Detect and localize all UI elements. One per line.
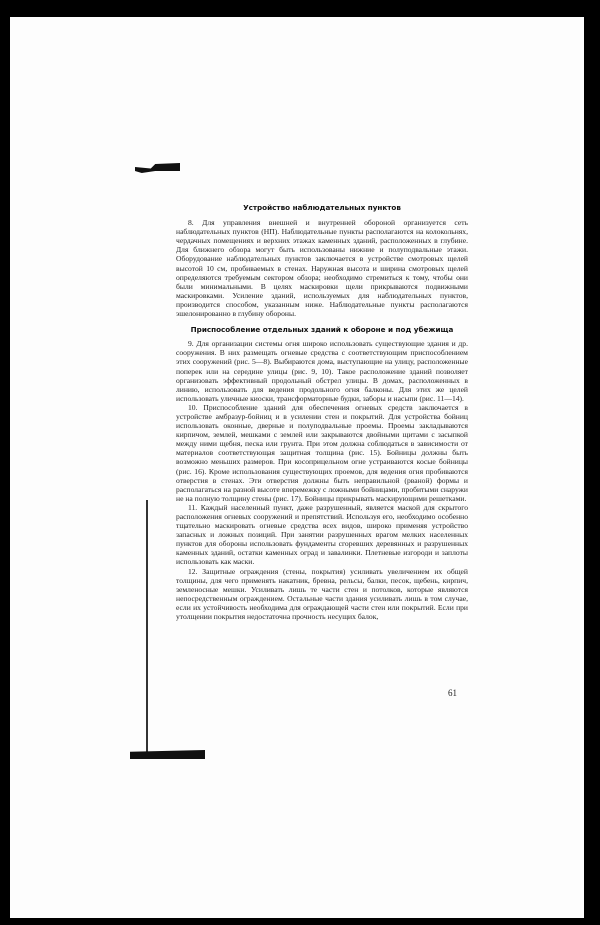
- paragraph-9: 9. Для организации системы огня широко и…: [176, 339, 468, 403]
- paragraph-10: 10. Приспособление зданий для обеспечени…: [176, 403, 468, 503]
- paragraph-11: 11. Каждый населенный пункт, даже разруш…: [176, 503, 468, 567]
- paragraph-8: 8. Для управления внешней и внутренней о…: [176, 218, 468, 318]
- section-heading-building-adaptation: Приспособление отдельных зданий к оборон…: [176, 325, 468, 334]
- paragraph-12: 12. Защитные ограждения (стены, покрытия…: [176, 567, 468, 622]
- scan-artifact-vertical-line: [146, 500, 148, 752]
- page-number: 61: [448, 688, 457, 698]
- page-content: Устройство наблюдательных пунктов 8. Для…: [176, 203, 468, 621]
- section-heading-observation-posts: Устройство наблюдательных пунктов: [176, 203, 468, 212]
